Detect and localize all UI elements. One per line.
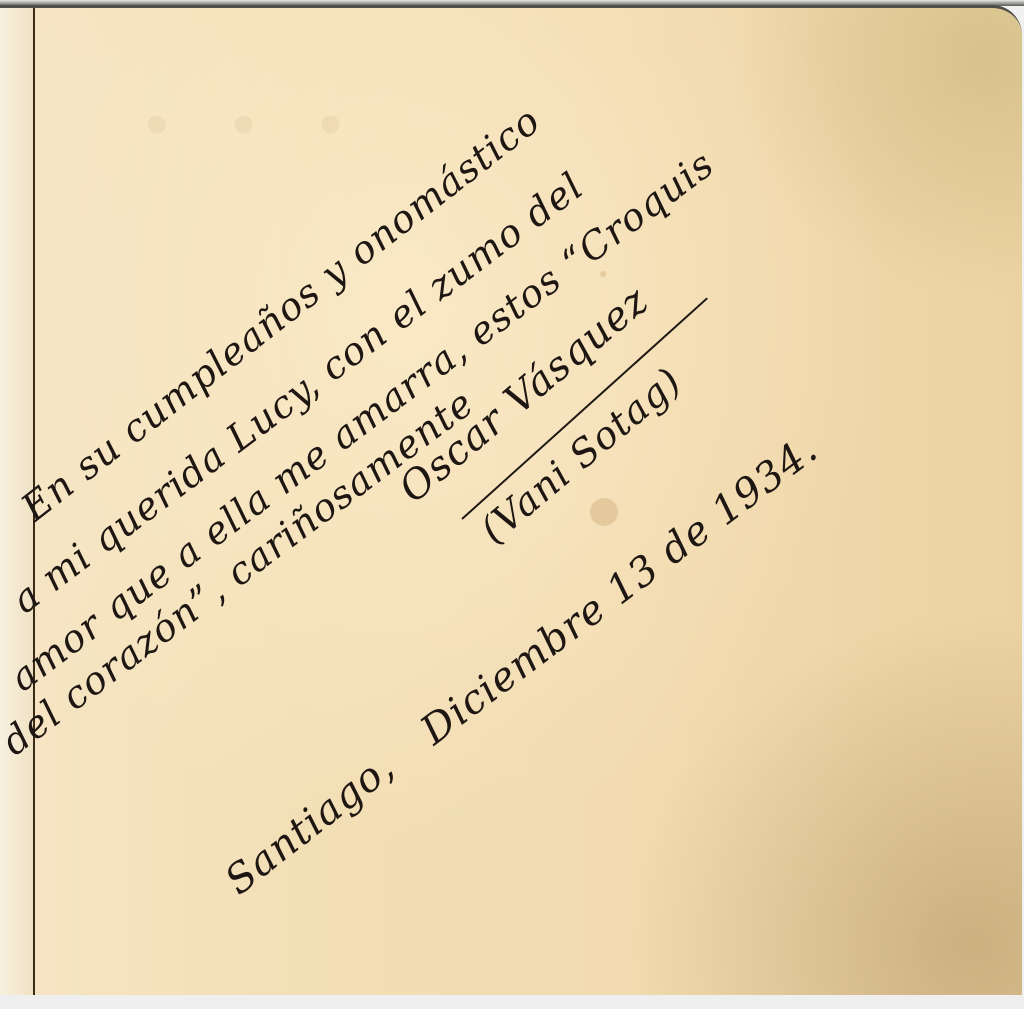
stain-spot bbox=[590, 498, 618, 526]
bleed-through-text: · · · bbox=[140, 68, 357, 181]
book-page: · · · En su cumpleaños y onomástico a mi… bbox=[0, 5, 1022, 995]
photo-bottom-edge bbox=[0, 995, 1024, 1009]
place: Santiago, bbox=[217, 744, 404, 904]
date: Diciembre 13 de 1934. bbox=[412, 426, 826, 754]
stain-spot bbox=[600, 271, 606, 277]
